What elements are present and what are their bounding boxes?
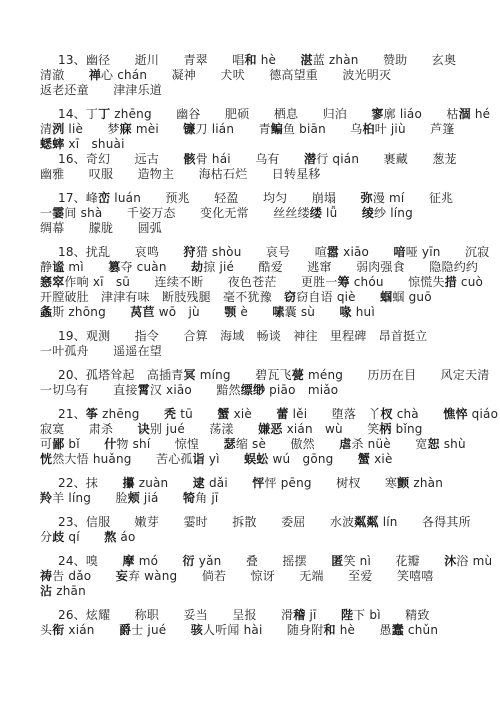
word-list-line: 一切乌有 直接霄汉 xiāo 黯然缥缈 piāo miǎo	[40, 383, 472, 398]
word-list-item: 17、峰峦 luán 预兆 轻盈 均匀 崩塌 弥漫 mí 征兆一霎间 shà 千…	[40, 191, 472, 236]
word-list-line: 18、扰乱 哀鸣 狩猎 shòu 哀号 喧嚣 xiāo 喑哑 yīn 沉寂	[40, 245, 472, 260]
word-list-line: 21、筝 zhēng 秃 tū 蟹 xiè 蕾 lěi 堕落 丫杈 chà 憔悴…	[40, 407, 472, 422]
word-list-item: 21、筝 zhēng 秃 tū 蟹 xiè 蕾 lěi 堕落 丫杈 chà 憔悴…	[40, 407, 472, 467]
word-list-item: 13、幽径 逝川 青翠 唱和 hè 湛蓝 zhàn 赞助 玄奥清澈 禅心 chá…	[40, 53, 472, 98]
word-list-item: 20、孤塔耸起 高插青冥 míng 碧瓦飞甍 méng 历历在目 风定天清一切乌…	[40, 368, 472, 398]
word-list-line: 17、峰峦 luán 预兆 轻盈 均匀 崩塌 弥漫 mí 征兆	[40, 191, 472, 206]
word-list-line: 20、孤塔耸起 高插青冥 míng 碧瓦飞甍 méng 历历在目 风定天清	[40, 368, 472, 383]
word-list-line: 分歧 qí 熬 áo	[40, 530, 472, 545]
word-list-item: 18、扰乱 哀鸣 狩猎 shòu 哀号 喧嚣 xiāo 喑哑 yīn 沉寂静谧 …	[40, 245, 472, 320]
word-list-line: 一叶孤舟 遥遥在望	[40, 344, 472, 359]
word-list-line: 祷告 dǎo 妄弃 wàng 倘若 惊讶 无端 至爱 笑嘻嘻	[40, 569, 472, 584]
word-list-item: 14、丁丁 zhēng 幽谷 肥硕 栖息 归泊 寥廓 liáo 枯涸 hé清洌 …	[40, 107, 472, 152]
word-list-line: 22、抹 攥 zuàn 逮 dǎi 怦怦 pēng 树杈 寒颤 zhàn	[40, 476, 472, 491]
word-list: 13、幽径 逝川 青翠 唱和 hè 湛蓝 zhàn 赞助 玄奥清澈 禅心 chá…	[40, 53, 472, 647]
word-list-line: 23、信服 嫩芽 霎时 拆散 委屈 水波粼粼 lín 各得其所	[40, 515, 472, 530]
word-list-item: 26、炫耀 称职 妥当 呈报 滑稽 jī 陛下 bì 精致头衔 xián 爵士 …	[40, 608, 472, 638]
word-list-line: 羚羊 líng 脸颊 jiá 犄角 jī	[40, 491, 472, 506]
word-list-line: 寂寞 肃杀 诀别 jué 荡漾 嫌恶 xián wù 笑柄 bǐng	[40, 422, 472, 437]
word-list-item: 23、信服 嫩芽 霎时 拆散 委屈 水波粼粼 lín 各得其所分歧 qí 熬 á…	[40, 515, 472, 545]
word-list-item: 22、抹 攥 zuàn 逮 dǎi 怦怦 pēng 树杈 寒颤 zhàn羚羊 l…	[40, 476, 472, 506]
word-list-line: 开膛破肚 津津有味 断肢残腿 毫不犹豫 窃窃自语 qiè 蝈蝈 guō	[40, 290, 472, 305]
word-list-line: 窸窣作响 xī sū 连续不断 夜色苍茫 更胜一筹 chóu 惊慌失措 cuò	[40, 275, 472, 290]
word-list-line: 14、丁丁 zhēng 幽谷 肥硕 栖息 归泊 寥廓 liáo 枯涸 hé	[40, 107, 472, 122]
word-list-item: 16、奇幻 远古 骸骨 hái 乌有 潜行 qián 裹藏 葱茏幽雅 叹服 造物…	[40, 152, 472, 182]
word-list-line: 头衔 xián 爵士 jué 骇人听闻 hài 随身附和 hè 愚蠢 chǔn	[40, 623, 472, 638]
word-list-line: 绸幕 朦胧 圆弧	[40, 221, 472, 236]
word-list-line: 13、幽径 逝川 青翠 唱和 hè 湛蓝 zhàn 赞助 玄奥	[40, 53, 472, 68]
word-list-line: 16、奇幻 远古 骸骨 hái 乌有 潜行 qián 裹藏 葱茏	[40, 152, 472, 167]
word-list-line: 26、炫耀 称职 妥当 呈报 滑稽 jī 陛下 bì 精致	[40, 608, 472, 623]
word-list-line: 螽斯 zhōng 莴苣 wō jù 颚 è 嗉囊 sù 喙 huì	[40, 305, 472, 320]
word-list-line: 清澈 禅心 chán 凝神 犬吠 德高望重 波光明灭	[40, 68, 472, 83]
word-list-line: 24、嗅 摩 mó 衍 yǎn 叠 摇摆 匿笑 nì 花瓣 沐浴 mù	[40, 554, 472, 569]
word-list-line: 可鄙 bǐ 什物 shí 惊惶 瑟缩 sè 傲然 虐杀 nüè 宽恕 shù	[40, 437, 472, 452]
word-list-line: 一霎间 shà 千姿万态 变化无常 丝丝缕缕 lǚ 绫纱 líng	[40, 206, 472, 221]
word-list-line: 19、观测 指令 合算 海域 畅谈 神往 里程碑 昂首挺立	[40, 329, 472, 344]
word-list-line: 清洌 liè 梦寐 mèi 镰刀 lián 青鳊鱼 biān 乌桕叶 jiù 芦…	[40, 122, 472, 137]
word-list-line: 沾 zhān	[40, 584, 472, 599]
word-list-item: 24、嗅 摩 mó 衍 yǎn 叠 摇摆 匿笑 nì 花瓣 沐浴 mù祷告 dǎ…	[40, 554, 472, 599]
word-list-line: 蟋蟀 xī shuài	[40, 137, 472, 152]
word-list-line: 幽雅 叹服 造物主 海枯石烂 日转星移	[40, 167, 472, 182]
word-list-line: 返老还童 津津乐道	[40, 83, 472, 98]
word-list-line: 静谧 mì 篡夺 cuàn 劫掠 jié 酷爱 逃窜 弱肉强食 隐隐约约	[40, 260, 472, 275]
document-page: 13、幽径 逝川 青翠 唱和 hè 湛蓝 zhàn 赞助 玄奥清澈 禅心 chá…	[0, 0, 500, 708]
word-list-line: 恍然大悟 huǎng 苦心孤诣 yì 蜈蚣 wú gōng 蟹 xiè	[40, 452, 472, 467]
word-list-item: 19、观测 指令 合算 海域 畅谈 神往 里程碑 昂首挺立一叶孤舟 遥遥在望	[40, 329, 472, 359]
